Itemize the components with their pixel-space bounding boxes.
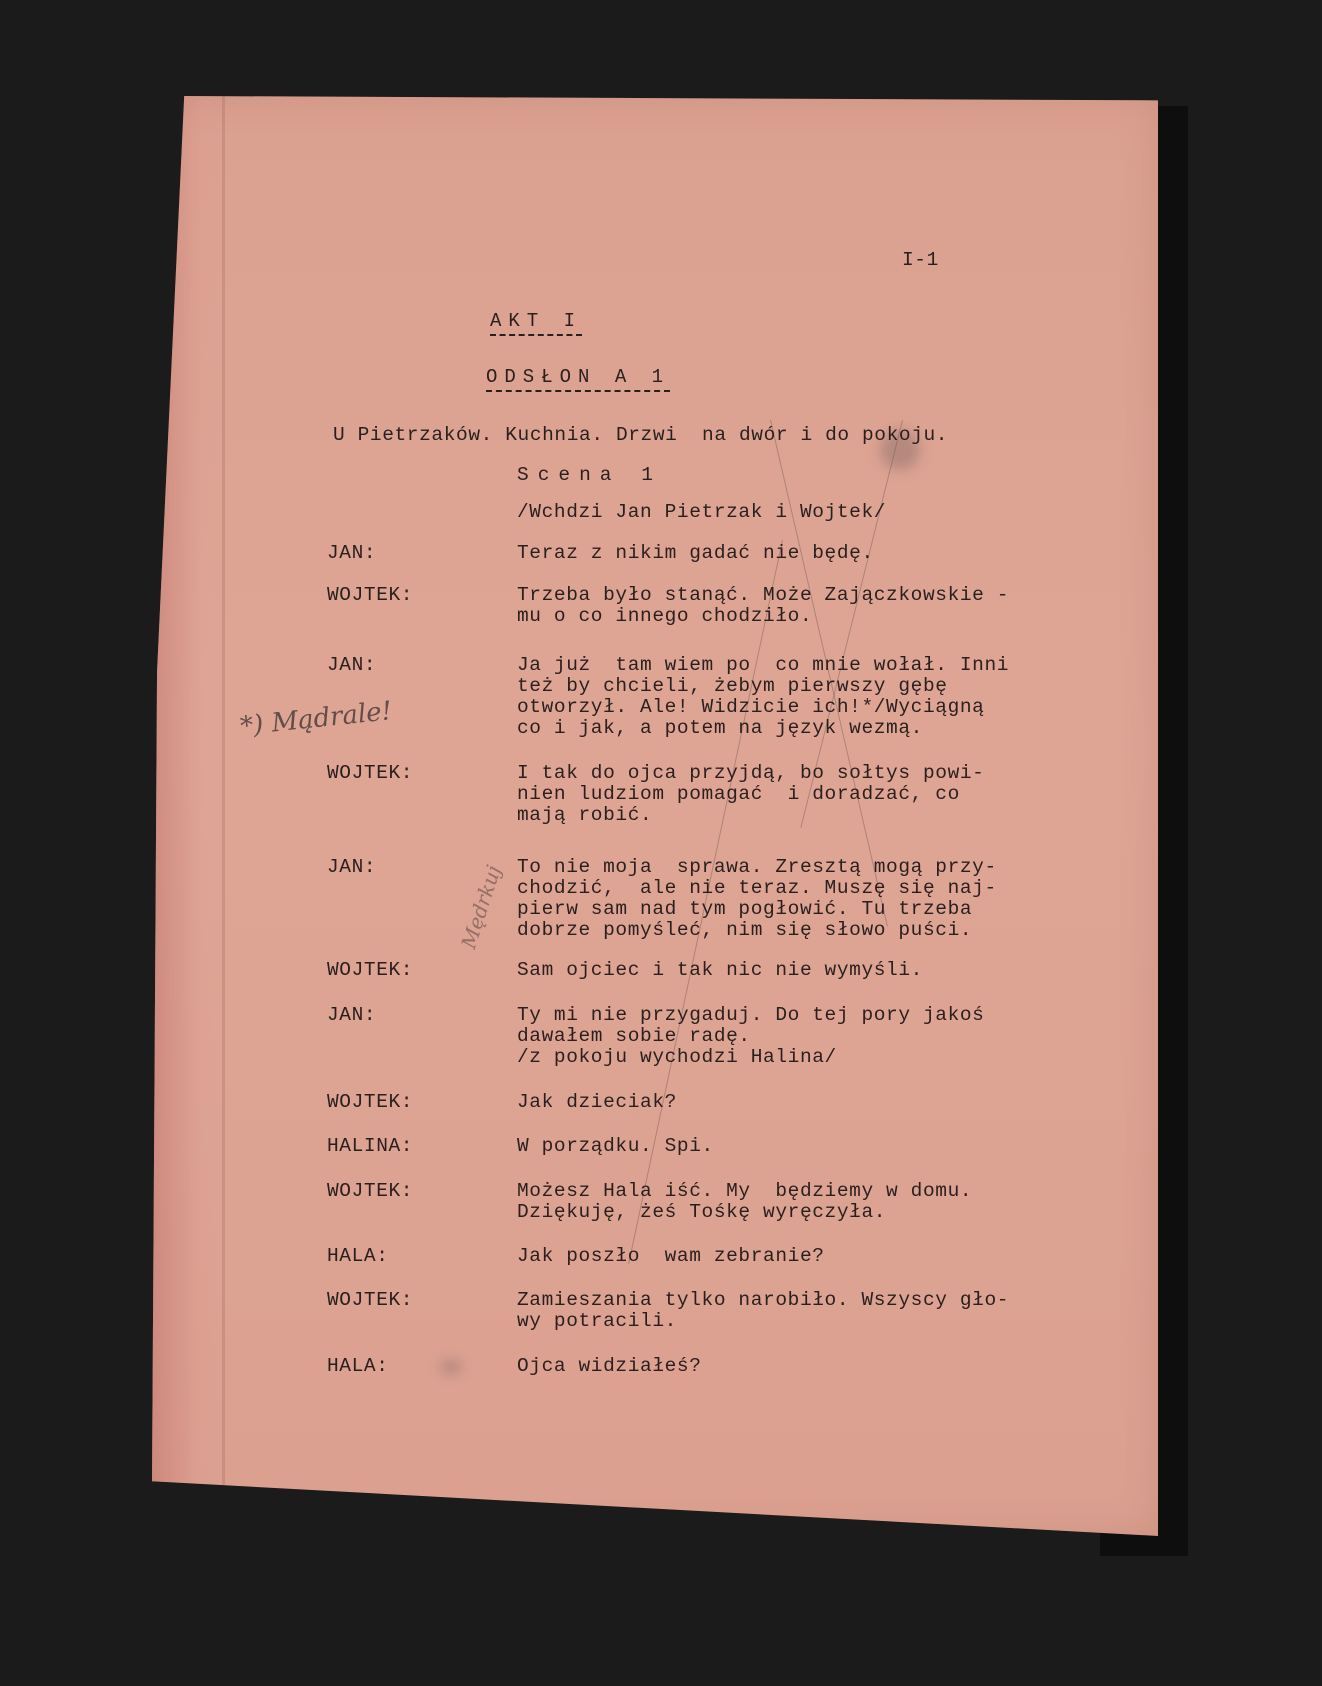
dialogue-line: Ty mi nie przygaduj. Do tej pory jakoś	[517, 1005, 984, 1026]
dialogue-line: dawałem sobie radę.	[517, 1026, 751, 1047]
dialogue-line: Dziękuję, żeś Tośkę wyręczyła.	[517, 1202, 886, 1223]
act-title: AKT I	[490, 310, 582, 336]
page-number: I-1	[902, 250, 939, 271]
dialogue-line: chodzić, ale nie teraz. Muszę się naj-	[517, 878, 997, 899]
speaker-name: WOJTEK:	[327, 960, 413, 981]
dialogue-line: nien ludziom pomagać i doradzać, co	[517, 784, 960, 805]
dialogue-line: W porządku. Spi.	[517, 1136, 714, 1157]
dialogue-line: dobrze pomyśleć, nim się słowo puści.	[517, 920, 972, 941]
setting-description: U Pietrzaków. Kuchnia. Drzwi na dwór i d…	[333, 425, 948, 446]
speaker-name: JAN:	[327, 655, 376, 676]
speaker-name: JAN:	[327, 857, 376, 878]
speaker-name: JAN:	[327, 543, 376, 564]
dialogue-line: Ja już tam wiem po co mnie wołał. Inni	[517, 655, 1009, 676]
speaker-name: HALA:	[327, 1356, 389, 1377]
stage-direction: /Wchdzi Jan Pietrzak i Wojtek/	[517, 502, 886, 523]
speaker-name: HALA:	[327, 1246, 389, 1267]
dialogue-line: mu o co innego chodziło.	[517, 606, 812, 627]
underline	[486, 390, 670, 392]
dialogue-line: co i jak, a potem na język wezmą.	[517, 718, 923, 739]
dialogue-line: Jak dzieciak?	[517, 1092, 677, 1113]
dialogue-line: /z pokoju wychodzi Halina/	[517, 1047, 837, 1068]
dialogue-line: pierw sam nad tym pogłowić. Tu trzeba	[517, 899, 972, 920]
dialogue-line: Zamieszania tylko narobiło. Wszyscy gło-	[517, 1290, 1009, 1311]
dialogue-line: To nie moja sprawa. Zresztą mogą przy-	[517, 857, 997, 878]
dialogue-line: też by chcieli, żebym pierwszy gębę	[517, 676, 948, 697]
dialogue-line: I tak do ojca przyjdą, bo sołtys powi-	[517, 763, 984, 784]
scene-label: Scena 1	[517, 465, 662, 486]
speaker-name: WOJTEK:	[327, 1092, 413, 1113]
underline	[490, 334, 582, 336]
act-title-text: AKT I	[490, 310, 582, 332]
dialogue-line: Teraz z nikim gadać nie będę.	[517, 543, 874, 564]
dialogue-line: Sam ojciec i tak nic nie wymyśli.	[517, 960, 923, 981]
scene-heading: ODSŁON A 1	[486, 366, 670, 392]
speaker-name: WOJTEK:	[327, 1181, 413, 1202]
scene-heading-text: ODSŁON A 1	[486, 366, 670, 388]
dialogue-line: mają robić.	[517, 805, 652, 826]
speaker-name: WOJTEK:	[327, 585, 413, 606]
speaker-name: JAN:	[327, 1005, 376, 1026]
smudge	[440, 1360, 462, 1374]
page-fold	[222, 96, 225, 1536]
dialogue-line: Trzeba było stanąć. Może Zajączkowskie -	[517, 585, 1009, 606]
dialogue-line: otworzył. Ale! Widzicie ich!*/Wyciągną	[517, 697, 984, 718]
speaker-name: WOJTEK:	[327, 763, 413, 784]
dialogue-line: wy potracili.	[517, 1311, 677, 1332]
dialogue-line: Możesz Hala iść. My będziemy w domu.	[517, 1181, 972, 1202]
dialogue-line: Jak poszło wam zebranie?	[517, 1246, 825, 1267]
speaker-name: HALINA:	[327, 1136, 413, 1157]
dialogue-line: Ojca widziałeś?	[517, 1356, 702, 1377]
speaker-name: WOJTEK:	[327, 1290, 413, 1311]
